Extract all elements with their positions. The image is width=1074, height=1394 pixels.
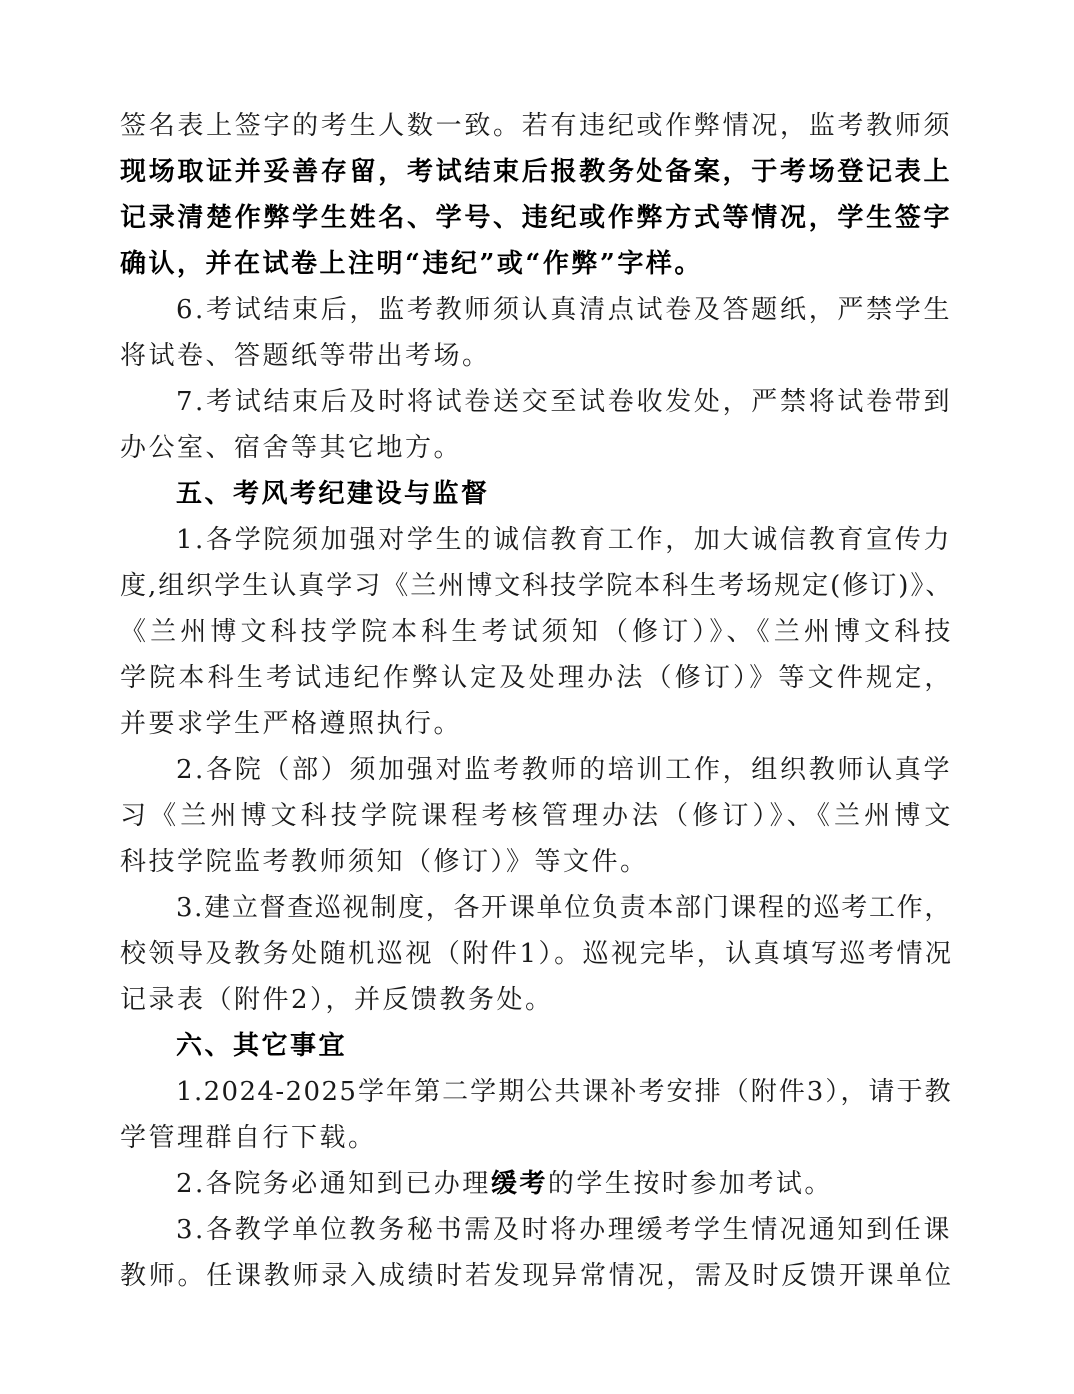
section5-item-3: 3.建立督查巡视制度，各开课单位负责本部门课程的巡考工作， (120, 885, 952, 931)
section6-item-3: 3.各教学单位教务秘书需及时将办理缓考学生情况通知到任课 (120, 1207, 952, 1253)
emphasis-text: 缓考 (491, 1169, 548, 1199)
paragraph-line-bold: 记录清楚作弊学生姓名、学号、违纪或作弊方式等情况，学生签字 (120, 195, 952, 241)
section5-item-1: 1.各学院须加强对学生的诚信教育工作，加大诚信教育宣传力 (120, 517, 952, 563)
paragraph-line: 习《兰州博文科技学院课程考核管理办法（修订）》、《兰州博文 (120, 793, 952, 839)
document-page: 签名表上签字的考生人数一致。若有违纪或作弊情况，监考教师须 现场取证并妥善存留，… (120, 103, 952, 1299)
paragraph-line: 记录表（附件2），并反馈教务处。 (120, 977, 952, 1023)
paragraph-line: 学院本科生考试违纪作弊认定及处理办法（修订）》等文件规定， (120, 655, 952, 701)
paragraph-line: 将试卷、答题纸等带出考场。 (120, 333, 952, 379)
section-heading-6: 六、其它事宜 (120, 1023, 952, 1069)
paragraph-line: 学管理群自行下载。 (120, 1115, 952, 1161)
item-text: 的学生按时参加考试。 (548, 1169, 833, 1199)
paragraph-line: 并要求学生严格遵照执行。 (120, 701, 952, 747)
paragraph-line: 《兰州博文科技学院本科生考试须知（修订）》、《兰州博文科技 (120, 609, 952, 655)
paragraph-line: 办公室、宿舍等其它地方。 (120, 425, 952, 471)
item-7: 7.考试结束后及时将试卷送交至试卷收发处，严禁将试卷带到 (120, 379, 952, 425)
paragraph-line: 教师。任课教师录入成绩时若发现异常情况，需及时反馈开课单位 (120, 1253, 952, 1299)
paragraph-line-bold: 确认，并在试卷上注明“违纪”或“作弊”字样。 (120, 241, 952, 287)
paragraph-line: 校领导及教务处随机巡视（附件1）。巡视完毕，认真填写巡考情况 (120, 931, 952, 977)
paragraph-line: 签名表上签字的考生人数一致。若有违纪或作弊情况，监考教师须 (120, 103, 952, 149)
item-6: 6.考试结束后，监考教师须认真清点试卷及答题纸，严禁学生 (120, 287, 952, 333)
paragraph-line-bold: 现场取证并妥善存留，考试结束后报教务处备案，于考场登记表上 (120, 149, 952, 195)
paragraph-line: 科技学院监考教师须知（修订）》等文件。 (120, 839, 952, 885)
paragraph-line: 度,组织学生认真学习《兰州博文科技学院本科生考场规定(修订)》、 (120, 563, 952, 609)
section-heading-5: 五、考风考纪建设与监督 (120, 471, 952, 517)
section6-item-2: 2.各院务必通知到已办理缓考的学生按时参加考试。 (120, 1161, 952, 1207)
section5-item-2: 2.各院（部）须加强对监考教师的培训工作，组织教师认真学 (120, 747, 952, 793)
section6-item-1: 1.2024-2025学年第二学期公共课补考安排（附件3），请于教 (120, 1069, 952, 1115)
item-text: 2.各院务必通知到已办理 (176, 1169, 491, 1199)
